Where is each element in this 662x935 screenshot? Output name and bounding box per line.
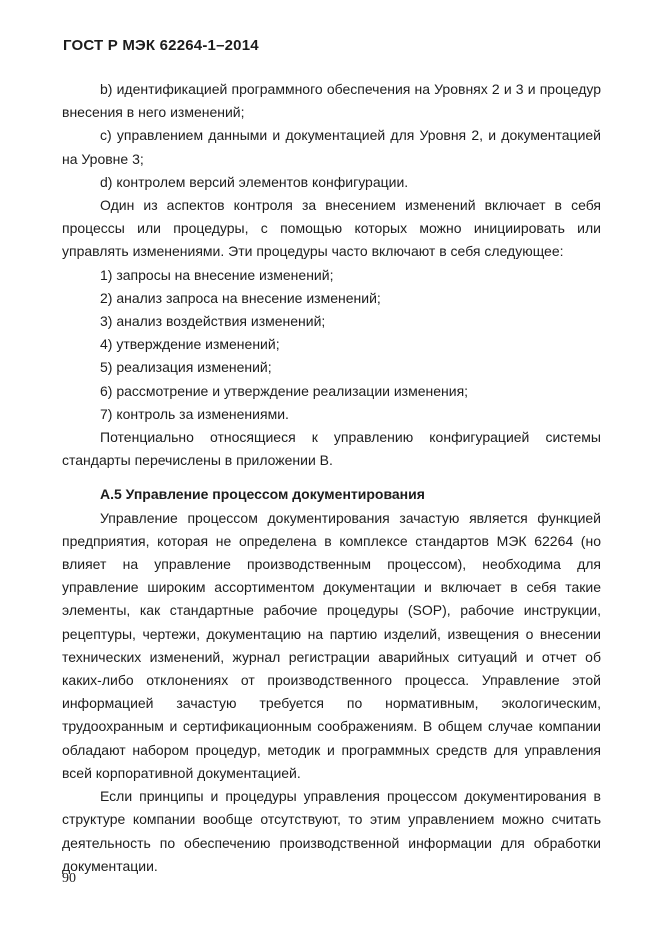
list-item-1: 1) запросы на внесение изменений; <box>62 264 601 287</box>
paragraph-change-control-intro: Один из аспектов контроля за внесением и… <box>62 194 601 264</box>
page-number: 90 <box>62 871 76 887</box>
list-item-6: 6) рассмотрение и утверждение реализации… <box>62 380 601 403</box>
list-item-7: 7) контроль за изменениями. <box>62 403 601 426</box>
list-item-4: 4) утверждение изменений; <box>62 333 601 356</box>
list-item-5: 5) реализация изменений; <box>62 356 601 379</box>
document-header: ГОСТ Р МЭК 62264-1–2014 <box>63 37 259 54</box>
paragraph-appendix-reference: Потенциально относящиеся к управлению ко… <box>62 426 601 472</box>
list-item-d: d) контролем версий элементов конфигурац… <box>62 171 601 194</box>
section-heading-a5: А.5 Управление процессом документировани… <box>62 483 601 506</box>
document-page: ГОСТ Р МЭК 62264-1–2014 b) идентификацие… <box>0 0 662 935</box>
paragraph-document-management: Управление процессом документирования за… <box>62 507 601 785</box>
list-item-3: 3) анализ воздействия изменений; <box>62 310 601 333</box>
paragraph-document-management-absent: Если принципы и процедуры управления про… <box>62 785 601 878</box>
list-item-2: 2) анализ запроса на внесение изменений; <box>62 287 601 310</box>
list-item-c: c) управлением данными и документацией д… <box>62 124 601 170</box>
list-item-b: b) идентификацией программного обеспечен… <box>62 78 601 124</box>
document-body: b) идентификацией программного обеспечен… <box>62 78 601 878</box>
